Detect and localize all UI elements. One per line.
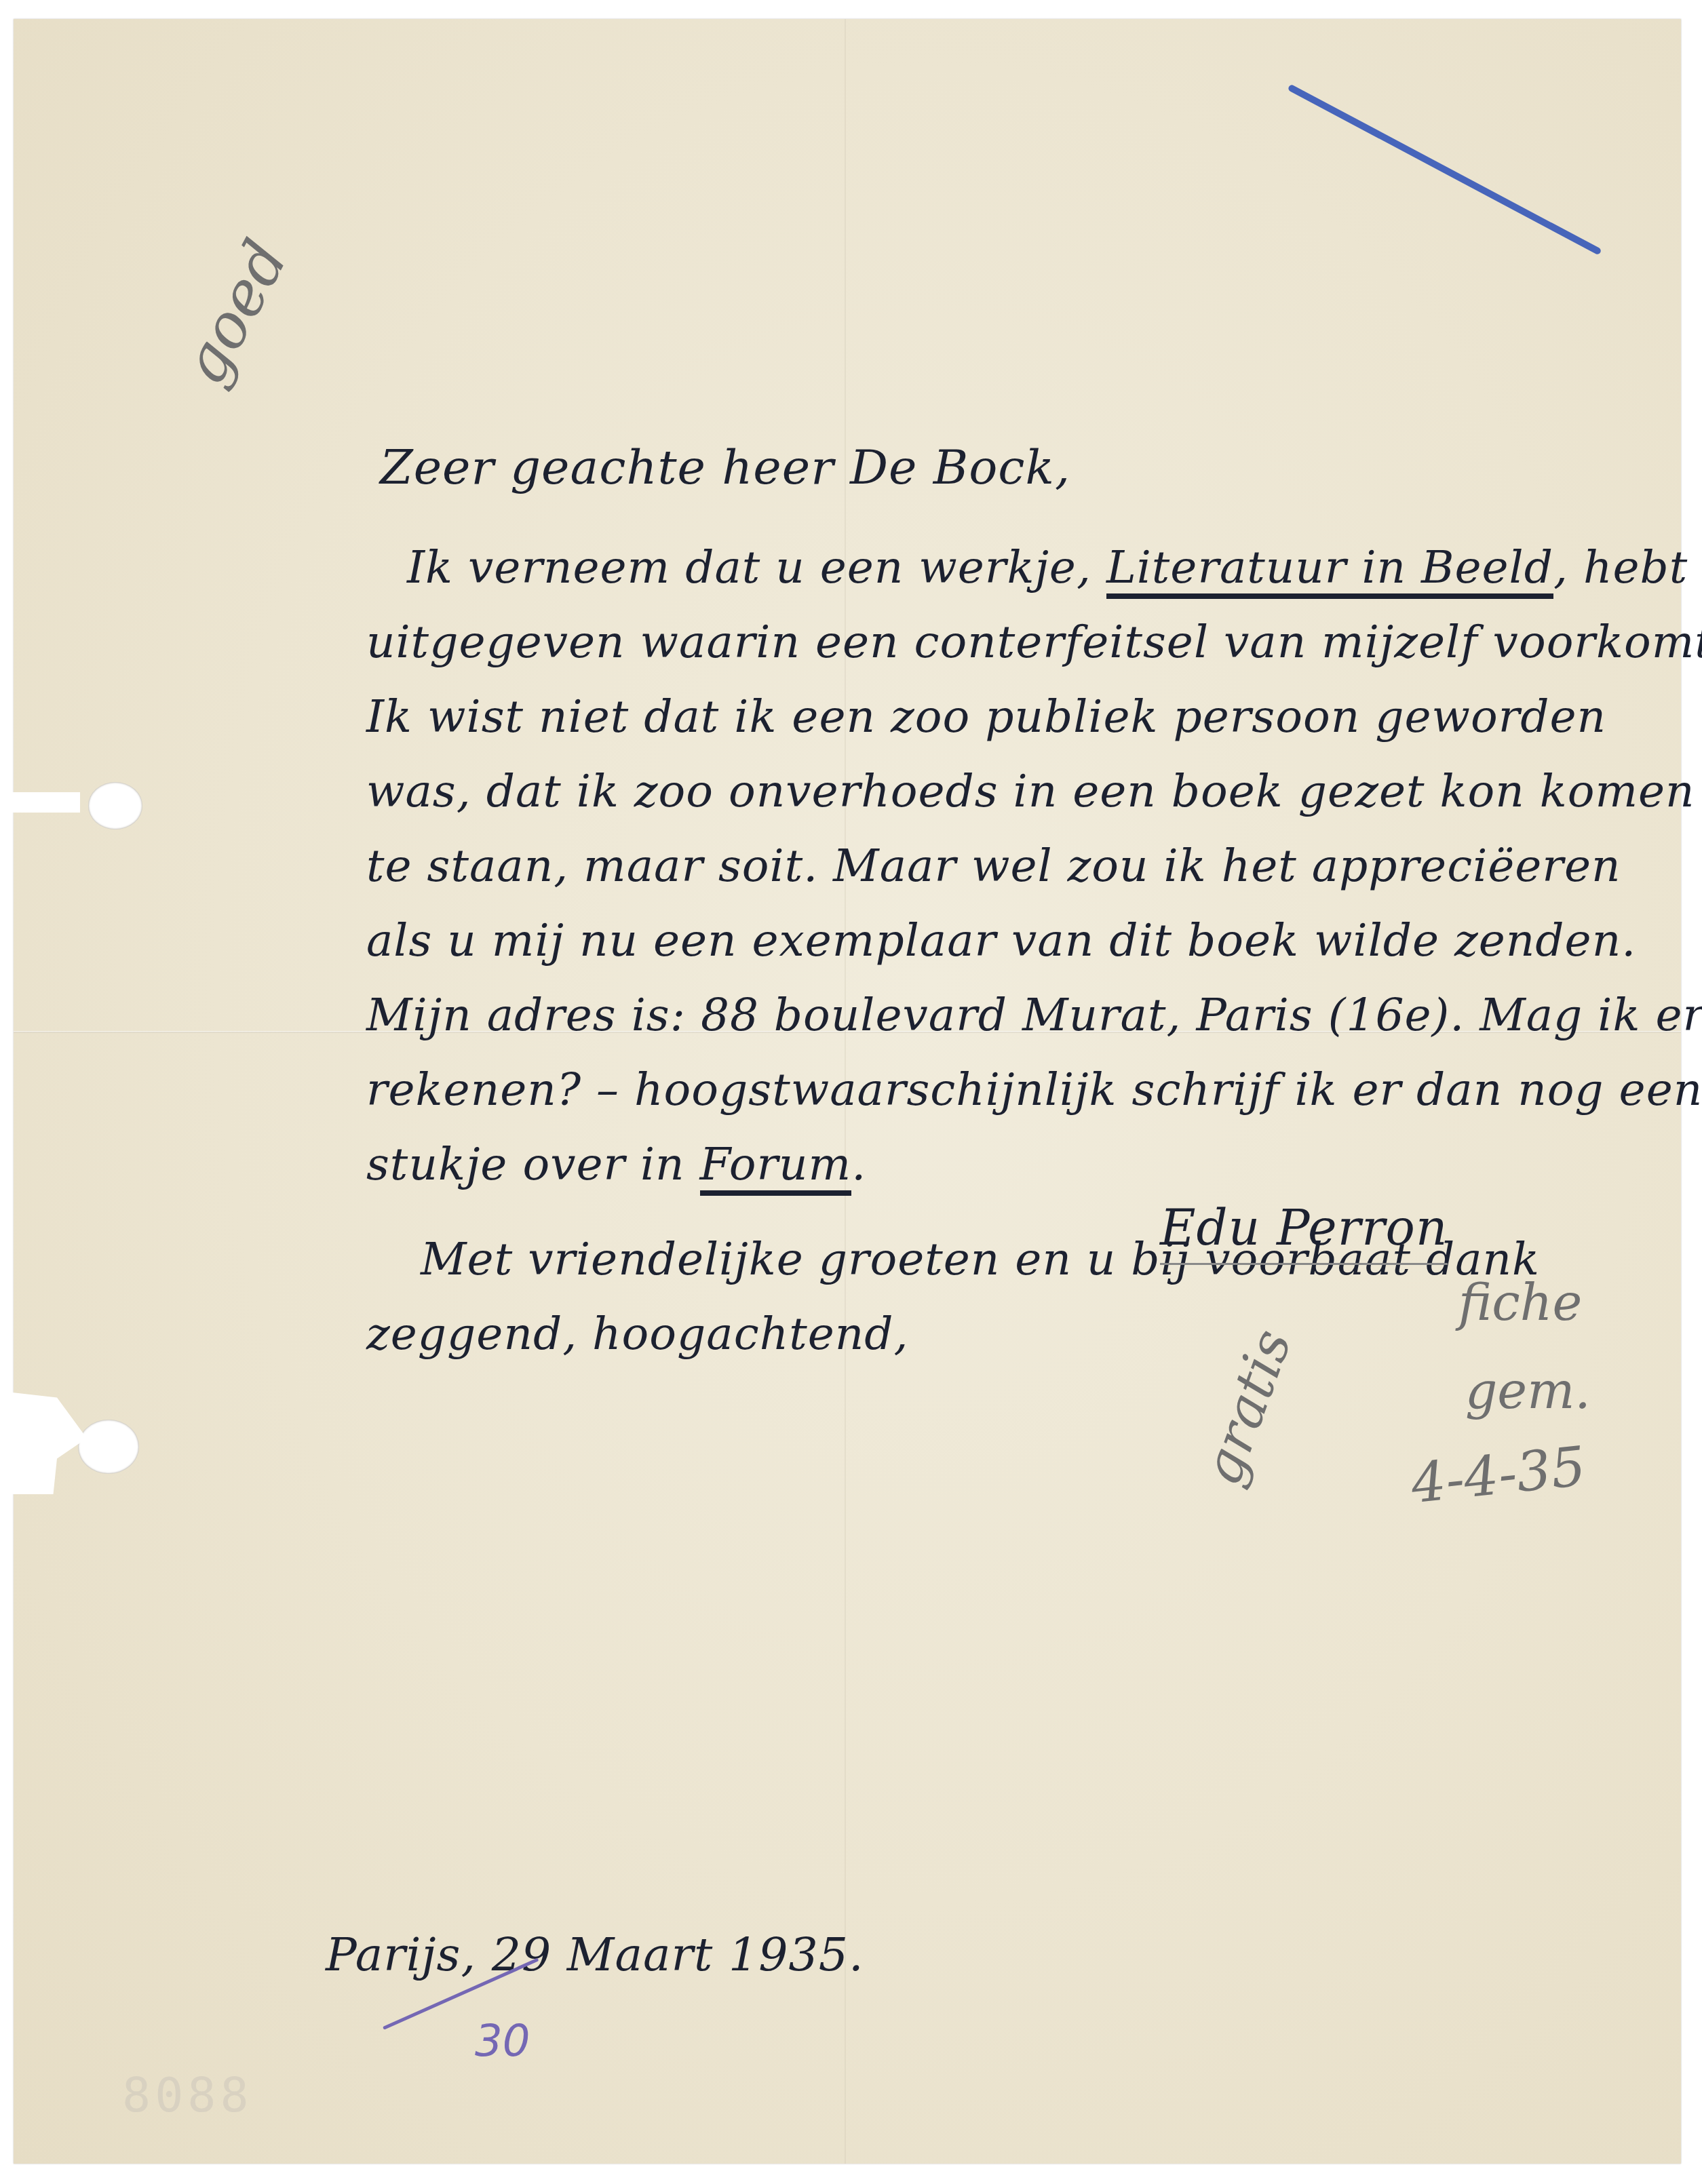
body-line-5: te staan, maar soit. Maar wel zou ik het… [366,840,1621,892]
torn-edge-top [12,792,80,813]
purple-correction-30: 30 [475,2016,530,2067]
punch-hole-bottom [78,1420,139,1474]
pencil-note-date: 4-4-35 [1408,1435,1589,1515]
letter-page: goed Zeer geachte heer De Bock, Ik verne… [14,19,1681,2164]
book-title-literatuur-in-beeld: Literatuur in Beeld [1106,541,1553,599]
embossed-stamp: 8088 [122,2067,253,2123]
body-line-1: Ik verneem dat u een werkje, Literatuur … [407,541,1688,593]
torn-edge-bottom [12,1392,87,1494]
magazine-title-forum: Forum [700,1138,852,1196]
body-line-7: Mijn adres is: 88 boulevard Murat, Paris… [366,989,1702,1041]
blue-crayon-mark [1288,84,1602,256]
body-line-6: als u mij nu een exemplaar van dit boek … [366,914,1636,967]
place-date: Parijs, 29 Maart 1935. [326,1928,864,1982]
salutation: Zeer geachte heer De Bock, [380,440,1070,495]
punch-hole-top [88,782,142,830]
body-line-8: rekenen? – hoogstwaarschijnlijk schrijf … [366,1064,1702,1116]
signature: Edu Perron [1160,1199,1448,1265]
body-line-9: stukje over in Forum. [366,1138,866,1190]
body-line-2: uitgegeven waarin een conterfeitsel van … [366,616,1702,668]
body-line-3: Ik wist niet dat ik een zoo publiek pers… [366,690,1606,743]
pencil-note-gratis: gratis [1190,1321,1304,1494]
pencil-note-gem: gem. [1465,1362,1591,1420]
pencil-note-fiche: fiche [1458,1274,1582,1332]
body-line-4: was, dat ik zoo onverhoeds in een boek g… [366,765,1695,817]
closing-line-2: zeggend, hoogachtend, [366,1308,908,1360]
pencil-note-goed: goed [168,229,302,396]
